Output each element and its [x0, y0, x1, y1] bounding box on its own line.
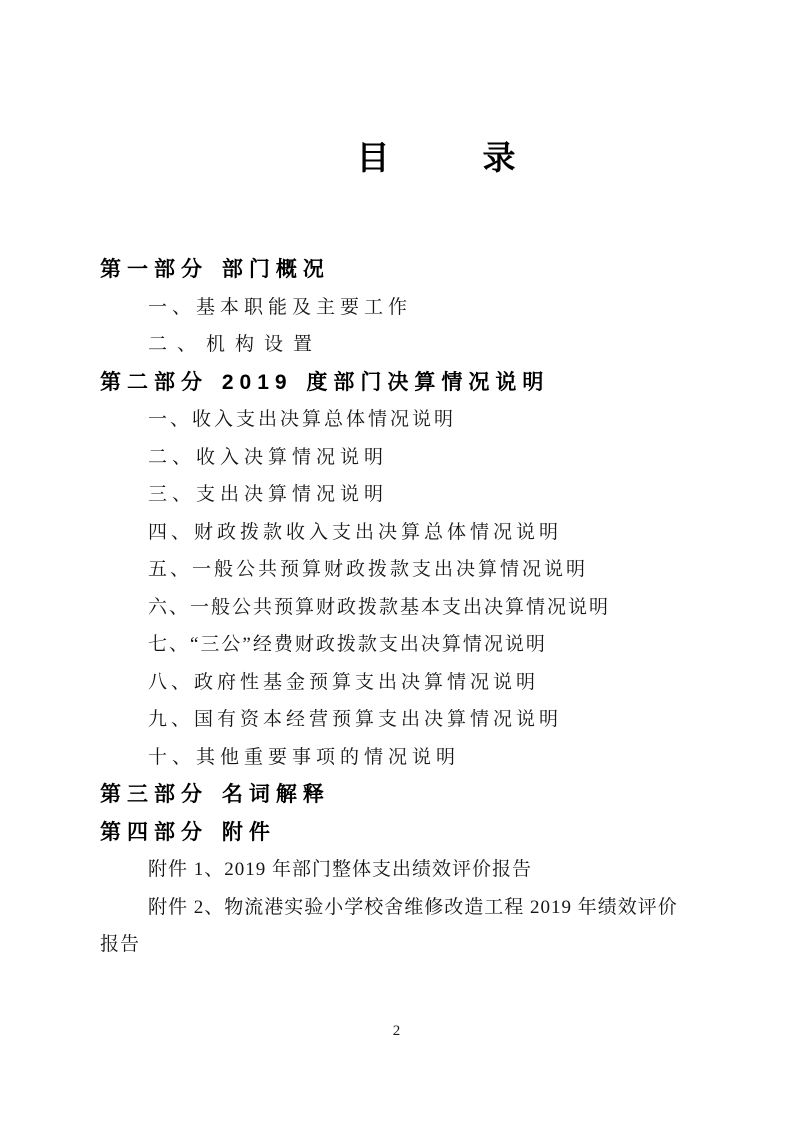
toc-item: 五、一般公共预算财政拨款支出决算情况说明	[100, 551, 690, 589]
toc-item: 十、其他重要事项的情况说明	[100, 739, 690, 777]
toc-item: 六、一般公共预算财政拨款基本支出决算情况说明	[100, 589, 690, 627]
table-of-contents: 第一部分 部门概况 一、基本职能及主要工作 二、机构设置 第二部分 2019 度…	[100, 251, 690, 964]
toc-heading-part1: 第一部分 部门概况	[100, 251, 690, 289]
toc-item: 二、机构设置	[100, 326, 690, 364]
toc-item: 三、支出决算情况说明	[100, 476, 690, 514]
toc-item: 二、收入决算情况说明	[100, 439, 690, 477]
page-title: 目 录	[0, 132, 793, 179]
toc-heading-part3: 第三部分 名词解释	[100, 776, 690, 814]
toc-item: 七、“三公”经费财政拨款支出决算情况说明	[100, 626, 690, 664]
toc-item: 一、收入支出决算总体情况说明	[100, 401, 690, 439]
toc-item: 一、基本职能及主要工作	[100, 289, 690, 327]
toc-heading-part4: 第四部分 附件	[100, 814, 690, 852]
toc-heading-part2: 第二部分 2019 度部门决算情况说明	[100, 364, 690, 402]
toc-item: 四、财政拨款收入支出决算总体情况说明	[100, 514, 690, 552]
toc-item-appendix1: 附件 1、2019 年部门整体支出绩效评价报告	[100, 851, 690, 889]
document-page: 目 录 第一部分 部门概况 一、基本职能及主要工作 二、机构设置 第二部分 20…	[0, 0, 793, 1122]
toc-item: 九、国有资本经营预算支出决算情况说明	[100, 701, 690, 739]
toc-item-appendix2: 附件 2、物流港实验小学校舍维修改造工程 2019 年绩效评价报告	[100, 889, 690, 964]
toc-item: 八、政府性基金预算支出决算情况说明	[100, 664, 690, 702]
page-number: 2	[0, 1023, 793, 1040]
